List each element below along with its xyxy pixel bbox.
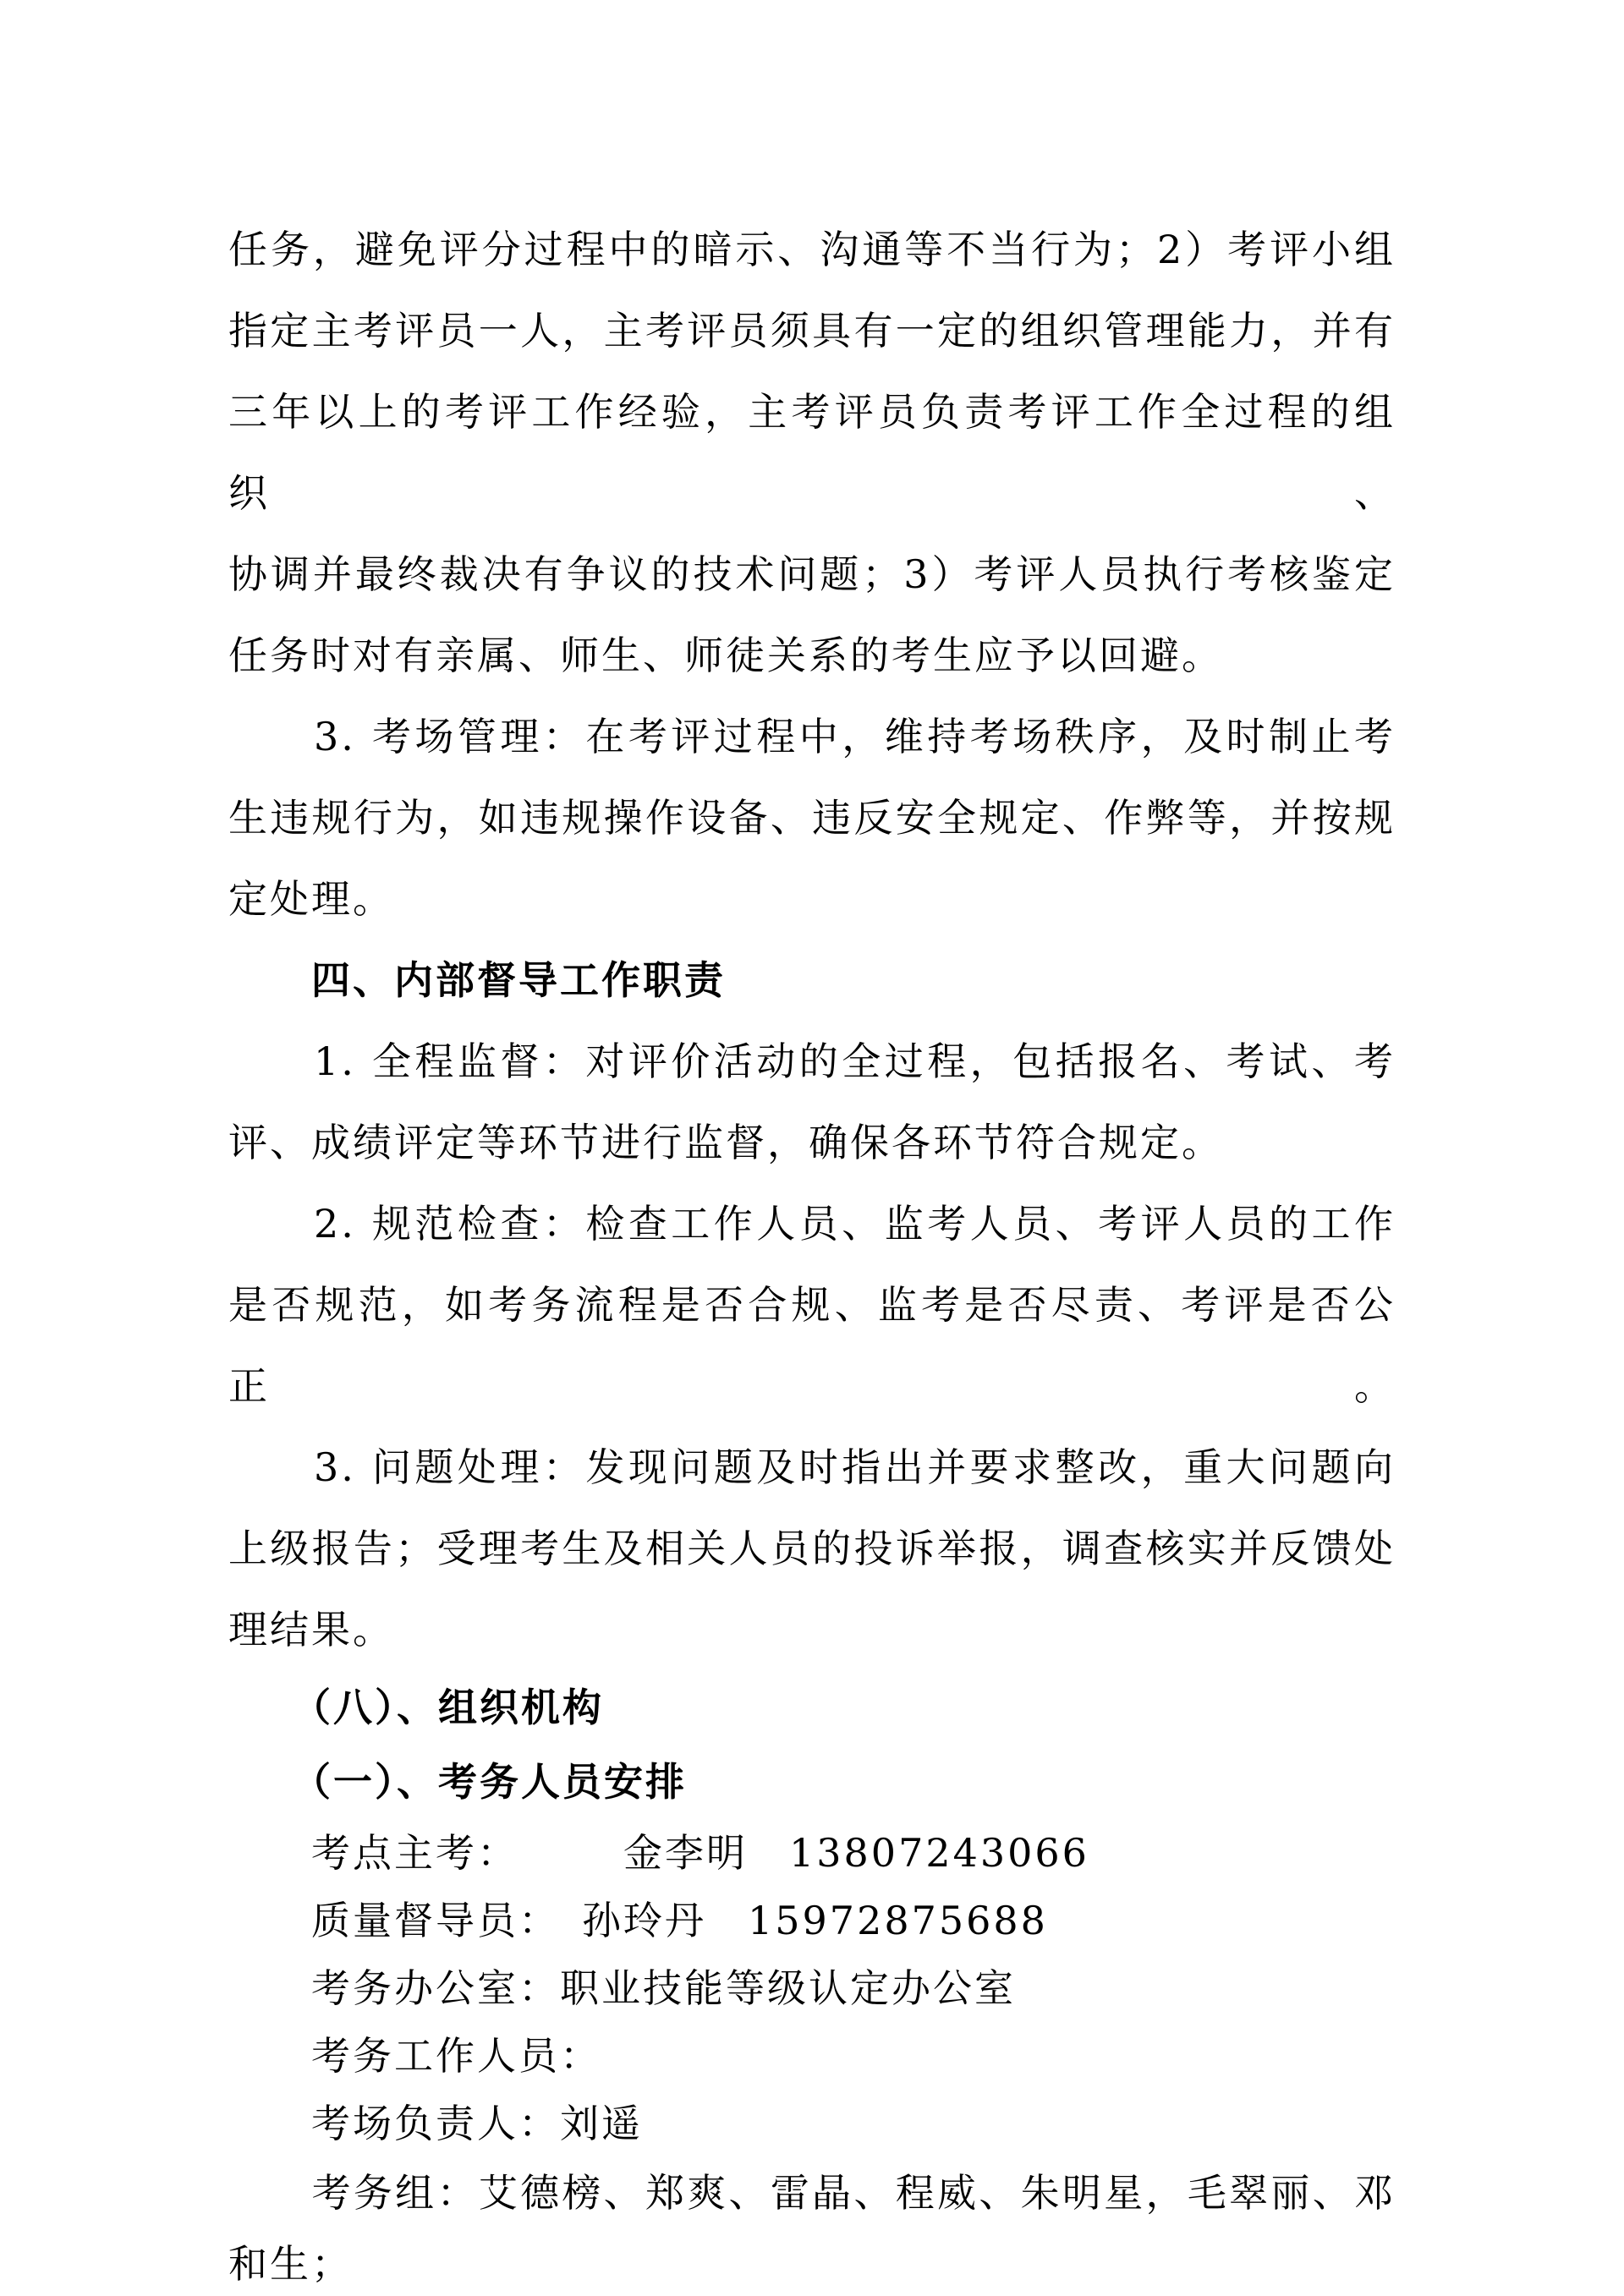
document-line-14: 3. 问题处理：发现问题及时指出并要求整改，重大问题向 bbox=[228, 1427, 1396, 1508]
document-line-17: （八）、组织机构 bbox=[228, 1670, 1396, 1745]
document-line-18: （一）、考务人员安排 bbox=[228, 1745, 1396, 1819]
document-line-4: 协调并最终裁决有争议的技术问题；3）考评人员执行考核鉴定 bbox=[228, 534, 1396, 615]
document-line-3: 三年以上的考评工作经验，主考评员负责考评工作全过程的组织、 bbox=[228, 371, 1396, 534]
document-content: 任务，避免评分过程中的暗示、沟通等不当行为；2）考评小组指定主考评员一人，主考评… bbox=[228, 209, 1396, 2296]
document-line-12: 2. 规范检查：检查工作人员、监考人员、考评人员的工作 bbox=[228, 1183, 1396, 1264]
document-line-16: 理结果。 bbox=[228, 1589, 1396, 1670]
document-line-7: 生违规行为，如违规操作设备、违反安全规定、作弊等，并按规 bbox=[228, 777, 1396, 858]
document-line-10: 1. 全程监督：对评价活动的全过程，包括报名、考试、考 bbox=[228, 1021, 1396, 1102]
document-page: 任务，避免评分过程中的暗示、沟通等不当行为；2）考评小组指定主考评员一人，主考评… bbox=[0, 0, 1624, 2296]
document-line-6: 3. 考场管理：在考评过程中，维持考场秩序，及时制止考 bbox=[228, 696, 1396, 777]
document-line-25: 和生； bbox=[228, 2228, 1396, 2296]
document-line-11: 评、成绩评定等环节进行监督，确保各环节符合规定。 bbox=[228, 1102, 1396, 1183]
document-line-22: 考务工作人员： bbox=[228, 2022, 1396, 2090]
document-line-15: 上级报告；受理考生及相关人员的投诉举报，调查核实并反馈处 bbox=[228, 1508, 1396, 1589]
document-line-5: 任务时对有亲属、师生、师徒关系的考生应予以回避。 bbox=[228, 615, 1396, 696]
document-line-13: 是否规范，如考务流程是否合规、监考是否尽责、考评是否公正。 bbox=[228, 1264, 1396, 1427]
document-line-19: 考点主考： 金李明 13807243066 bbox=[228, 1819, 1396, 1887]
document-line-2: 指定主考评员一人，主考评员须具有一定的组织管理能力，并有 bbox=[228, 290, 1396, 371]
document-line-23: 考场负责人：刘遥 bbox=[228, 2090, 1396, 2157]
document-line-1: 任务，避免评分过程中的暗示、沟通等不当行为；2）考评小组 bbox=[228, 209, 1396, 290]
document-line-8: 定处理。 bbox=[228, 858, 1396, 940]
document-line-20: 质量督导员： 孙玲丹 15972875688 bbox=[228, 1887, 1396, 1954]
document-line-24: 考务组：艾德榜、郑爽、雷晶、程威、朱明星，毛翠丽、邓 bbox=[228, 2157, 1396, 2228]
document-line-9: 四、内部督导工作职责 bbox=[228, 940, 1396, 1021]
document-line-21: 考务办公室：职业技能等级认定办公室 bbox=[228, 1954, 1396, 2022]
